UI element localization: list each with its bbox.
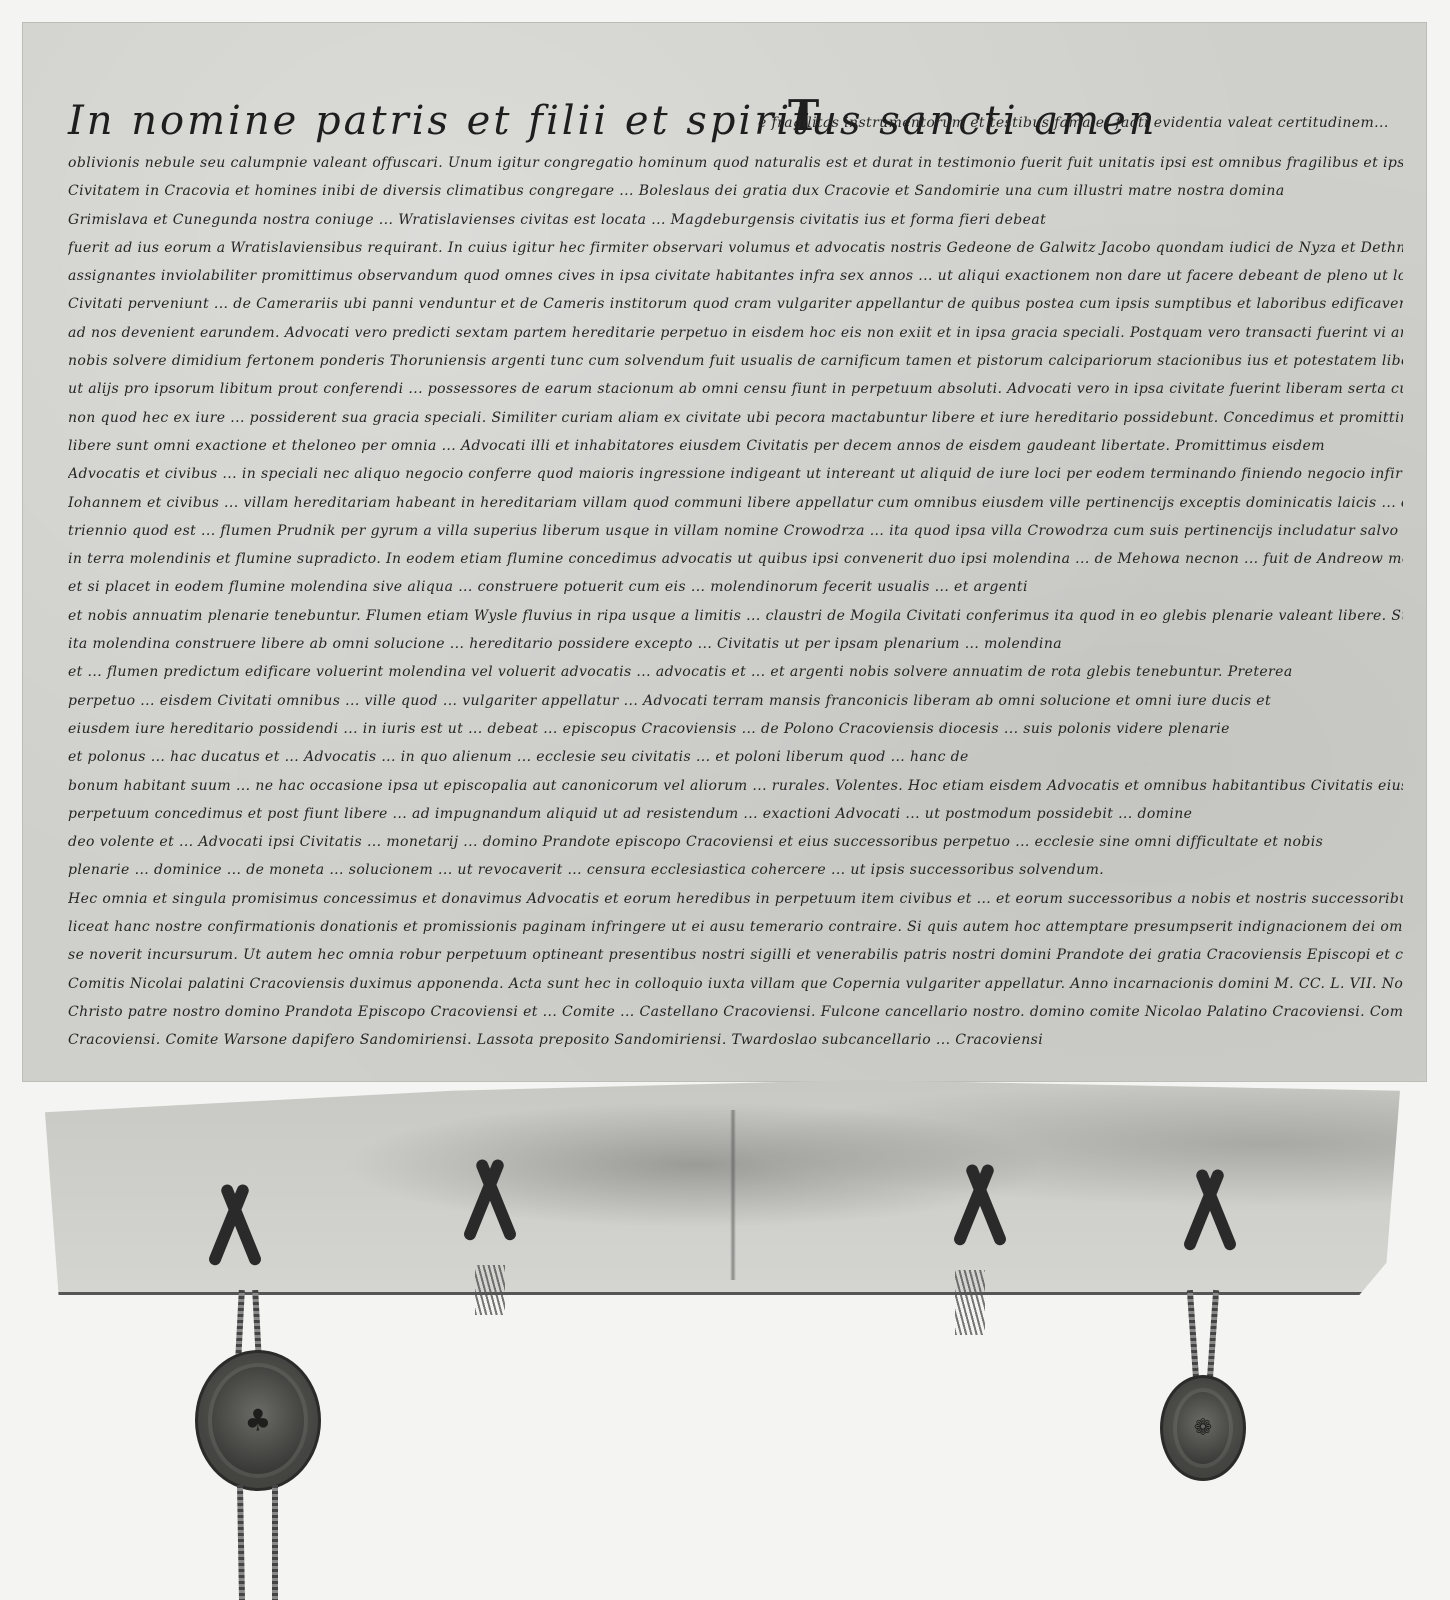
body-lines: oblivionis nebule seu calumpnie valeant … [68, 149, 1403, 1055]
text-line: fuerit ad ius eorum a Wratislaviensibus … [68, 234, 1403, 262]
text-line: et ... flumen predictum edificare voluer… [68, 658, 1403, 686]
text-line: eiusdem iure hereditario possidendi ... … [68, 715, 1403, 743]
text-line: Advocatis et civibus ... in speciali nec… [68, 460, 1403, 488]
text-line: Iohannem et civibus ... villam hereditar… [68, 489, 1403, 517]
text-line: non quod hec ex iure ... possiderent sua… [68, 404, 1403, 432]
text-line: Civitati perveniunt ... de Camerariis ub… [68, 290, 1403, 318]
text-line: plenarie ... dominice ... de moneta ... … [68, 856, 1403, 884]
text-line: perpetuo ... eisdem Civitati omnibus ...… [68, 687, 1403, 715]
text-line: Hec omnia et singula promisimus concessi… [68, 885, 1403, 913]
first-line-continuation: e fragilitas instrumentorum et testibus … [758, 109, 1403, 137]
text-line: bonum habitant suum ... ne hac occasione… [68, 772, 1403, 800]
text-line: oblivionis nebule seu calumpnie valeant … [68, 149, 1403, 177]
seal-slit-3-icon [950, 1165, 1010, 1245]
charter-text: In nomine patris et filii et spiritus sa… [68, 95, 1403, 1055]
text-line: et si placet in eodem flumine molendina … [68, 573, 1403, 601]
text-line: ad nos devenient earundem. Advocati vero… [68, 319, 1403, 347]
text-line: Christo patre nostro domino Prandota Epi… [68, 998, 1403, 1026]
text-line: ut alijs pro ipsorum libitum prout confe… [68, 375, 1403, 403]
rosette-icon: ❁ [1194, 1416, 1212, 1441]
seal-cord-tail-left [272, 1485, 278, 1600]
text-line: et polonus ... hac ducatus et ... Advoca… [68, 743, 1403, 771]
text-line: in terra molendinis et flumine supradict… [68, 545, 1403, 573]
text-line: nobis solvere dimidium fertonem ponderis… [68, 347, 1403, 375]
text-line: perpetuum concedimus et post fiunt liber… [68, 800, 1403, 828]
text-line: triennio quod est ... flumen Prudnik per… [68, 517, 1403, 545]
hanging-seal-right: ❁ [1160, 1375, 1246, 1481]
fold-crease [730, 1110, 736, 1280]
seal-slit-1-icon [205, 1185, 265, 1265]
text-line: se noverit incursurum. Ut autem hec omni… [68, 941, 1403, 969]
text-line: liceat hanc nostre confirmationis donati… [68, 913, 1403, 941]
text-line: libere sunt omni exactione et theloneo p… [68, 432, 1403, 460]
text-line: ita molendina construere libere ab omni … [68, 630, 1403, 658]
text-line: Grimislava et Cunegunda nostra coniuge .… [68, 206, 1403, 234]
text-line: Cracoviensi. Comite Warsone dapifero San… [68, 1026, 1403, 1054]
seal-slit-2-icon [460, 1160, 520, 1240]
frayed-cord-2 [475, 1265, 505, 1315]
hanging-seal-left: ♣ [195, 1350, 321, 1491]
text-line: Civitatem in Cracovia et homines inibi d… [68, 177, 1403, 205]
text-line: assignantes inviolabiliter promittimus o… [68, 262, 1403, 290]
lamb-icon: ♣ [245, 1403, 272, 1438]
text-line: deo volente et ... Advocati ipsi Civitat… [68, 828, 1403, 856]
text-line: Comitis Nicolai palatini Cracoviensis du… [68, 970, 1403, 998]
text-line: et nobis annuatim plenarie tenebuntur. F… [68, 602, 1403, 630]
seal-slit-4-icon [1180, 1170, 1240, 1250]
frayed-cord-3 [955, 1270, 985, 1335]
